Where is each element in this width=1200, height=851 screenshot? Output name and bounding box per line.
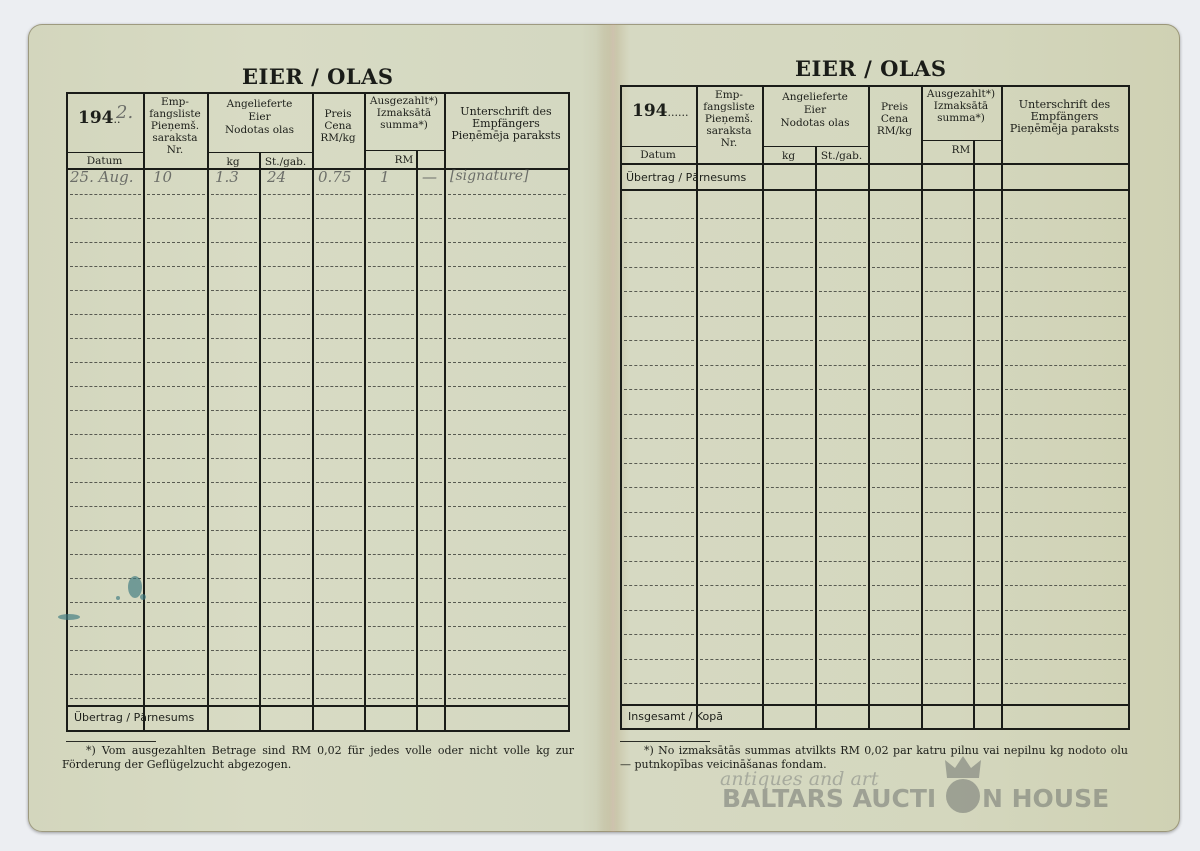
watermark-o-icon [946,779,980,813]
table-row-line [420,458,442,459]
table-row-line [316,434,362,435]
table-row-line [700,267,760,268]
table-row-line [147,410,205,411]
table-row-line [819,267,866,268]
table-row-line [925,414,971,415]
table-row-line [448,434,566,435]
table-row-line [872,291,919,292]
table-row-line [368,410,414,411]
table-row-line [70,650,141,651]
table-row-line [448,362,566,363]
table-row-line [925,487,971,488]
table-row-line [977,512,999,513]
table-row-line [872,487,919,488]
table-row-line [624,659,694,660]
table-row-line [147,530,205,531]
table-row-line [211,506,257,507]
column-divider [921,85,923,728]
table-row-line [624,610,694,611]
carry-row-label: Übertrag / Pārnesums [626,171,746,184]
table-row-line [700,414,760,415]
table-row-line [263,314,310,315]
table-row-line [263,530,310,531]
table-row-line [420,362,442,363]
entry-pieces: 24 [267,168,286,186]
watermark-crown-icon [943,756,983,780]
table-row-line [211,554,257,555]
table-row-line [872,659,919,660]
table-row-line [70,506,141,507]
table-row-line [766,291,813,292]
table-row-line [316,578,362,579]
table-row-line [819,389,866,390]
table-row-line [263,506,310,507]
table-row-line [872,414,919,415]
kg-header: kg [762,150,815,162]
table-row-line [766,438,813,439]
table-row-line [211,218,257,219]
table-row-line [147,506,205,507]
price-header: Preis Cena RM/kg [312,108,364,144]
table-row-line [700,340,760,341]
table-row-line [211,674,257,675]
table-row-line [420,602,442,603]
table-row-line [211,626,257,627]
table-row-line [263,554,310,555]
table-row-line [700,561,760,562]
table-row-line [368,698,414,699]
table-row-line [368,554,414,555]
table-row-line [263,338,310,339]
column-divider [312,92,314,730]
table-row-line [420,482,442,483]
table-row-line [1005,561,1126,562]
table-row-line [766,414,813,415]
table-row-line [70,338,141,339]
table-row-line [420,386,442,387]
table-row-line [211,362,257,363]
watermark-name-right: N HOUSE [982,784,1109,813]
table-row-line [700,242,760,243]
table-row-line [977,316,999,317]
table-row-line [70,314,141,315]
column-divider [973,140,975,728]
table-row-line [700,218,760,219]
ink-stain [116,596,120,600]
list-no-header: Emp- fangsliste Pieņemš. saraksta Nr. [143,96,207,156]
table-row-line [925,634,971,635]
delivered-subheader-rule [207,152,312,153]
table-row-line [420,410,442,411]
table-row-line [316,218,362,219]
page-title: EIER / OLAS [795,56,947,81]
table-row-line [766,389,813,390]
table-row-line [211,386,257,387]
booklet: EIER / OLAS 194..2.DatumEmp- fangsliste … [28,24,1180,832]
table-row-line [316,482,362,483]
table-row-line [211,242,257,243]
table-row-line [977,218,999,219]
entry-date: 25. Aug. [70,168,134,186]
table-bottom-border [620,728,1130,730]
table-row-line [977,267,999,268]
table-row-line [316,410,362,411]
table-row-line [819,218,866,219]
column-divider [143,92,145,730]
table-row-line [766,634,813,635]
table-row-line [420,338,442,339]
table-row-line [925,659,971,660]
table-row-line [263,194,310,195]
table-row-line [925,389,971,390]
table-row-line [368,482,414,483]
table-row-line [70,458,141,459]
table-row-line [872,242,919,243]
table-row-line [368,386,414,387]
table-row-line [316,362,362,363]
table-row-line [819,536,866,537]
table-row-line [766,487,813,488]
page-title: EIER / OLAS [242,64,394,89]
table-right-border [1128,85,1130,730]
table-row-line [700,316,760,317]
table-row-line [420,578,442,579]
table-row-line [1005,585,1126,586]
table-row-line [925,218,971,219]
table-row-line [977,463,999,464]
table-row-line [147,290,205,291]
table-row-line [316,338,362,339]
ink-stain [58,614,80,620]
table-row-line [872,634,919,635]
year-label: 194...... [632,101,688,121]
table-row-line [977,487,999,488]
table-row-line [624,536,694,537]
table-row-line [766,585,813,586]
table-row-line [448,386,566,387]
table-row-line [147,434,205,435]
table-row-line [977,414,999,415]
table-row-line [263,578,310,579]
table-row-line [420,266,442,267]
table-row-line [211,266,257,267]
table-row-line [420,314,442,315]
table-row-line [700,291,760,292]
table-row-line [263,458,310,459]
table-row-line [368,290,414,291]
table-row-line [624,340,694,341]
table-row-line [624,487,694,488]
pieces-header: St./gab. [815,150,868,162]
table-row-line [70,530,141,531]
table-row-line [211,530,257,531]
table-row-line [448,194,566,195]
table-row-line [316,602,362,603]
table-row-line [316,458,362,459]
date-header: Datum [620,149,696,161]
table-row-line [368,650,414,651]
price-header: Preis Cena RM/kg [868,101,921,137]
table-row-line [147,362,205,363]
rm-header: RM [921,144,1001,156]
table-row-line [977,561,999,562]
table-row-line [1005,683,1126,684]
table-row-line [211,650,257,651]
date-subheader-rule [66,152,143,153]
table-row-line [977,683,999,684]
column-divider [364,92,366,730]
table-row-line [70,266,141,267]
table-row-line [147,674,205,675]
table-row-line [819,242,866,243]
pieces-header: St./gab. [259,156,312,168]
paid-header: Ausgezahlt*) Izmaksātā summa*) [364,95,444,131]
table-row-line [316,314,362,315]
table-row-line [70,410,141,411]
table-row-line [624,463,694,464]
table-row-line [872,438,919,439]
table-row-line [819,512,866,513]
column-divider [416,150,418,730]
table-row-line [766,463,813,464]
table-row-line [1005,218,1126,219]
footer-row-rule [620,704,1128,706]
table-row-line [872,316,919,317]
table-row-line [70,434,141,435]
table-row-line [766,316,813,317]
table-row-line [70,554,141,555]
table-row-line [925,291,971,292]
column-divider [1001,85,1003,728]
table-row-line [420,434,442,435]
table-row-line [448,674,566,675]
table-row-line [624,365,694,366]
table-row-line [925,512,971,513]
table-row-line [420,218,442,219]
table-row-line [624,438,694,439]
year-prefix: 194 [632,101,668,121]
table-row-line [977,634,999,635]
table-row-line [624,291,694,292]
table-row-line [872,536,919,537]
table-row-line [263,266,310,267]
table-row-line [624,634,694,635]
table-row-line [211,458,257,459]
right-page: EIER / OLAS 194......DatumEmp- fangslist… [618,24,1180,832]
table-row-line [624,683,694,684]
table-row-line [70,674,141,675]
table-row-line [925,683,971,684]
table-row-line [700,634,760,635]
table-row-line [70,290,141,291]
table-row-line [211,578,257,579]
table-row-line [147,650,205,651]
left-page: EIER / OLAS 194..2.DatumEmp- fangsliste … [28,24,596,832]
table-row-line [263,410,310,411]
column-divider [868,85,870,728]
table-row-line [819,585,866,586]
table-row-line [316,698,362,699]
date-header: Datum [66,155,143,167]
year-handwritten: 2. [116,102,133,123]
table-row-line [448,242,566,243]
table-row-line [1005,365,1126,366]
year-suffix: ...... [668,106,689,119]
table-row-line [316,194,362,195]
table-row-line [147,242,205,243]
table-row-line [819,487,866,488]
table-row-line [872,218,919,219]
table-row-line [70,482,141,483]
table-row-line [420,242,442,243]
table-row-line [316,674,362,675]
entry-list-no: 10 [153,168,172,186]
table-row-line [1005,463,1126,464]
table-row-line [624,512,694,513]
delivered-header: Angelieferte Eier Nodotas olas [207,98,312,137]
table-row-line [1005,438,1126,439]
table-row-line [263,218,310,219]
table-row-line [872,267,919,268]
table-row-line [147,314,205,315]
table-row-line [368,578,414,579]
table-row-line [872,610,919,611]
footnote-de: *) Vom ausgezahlten Betrage sind RM 0,02… [62,744,574,772]
table-row-line [70,698,141,699]
table-row-line [420,650,442,651]
table-row-line [766,218,813,219]
table-row-line [766,610,813,611]
table-row-line [819,414,866,415]
table-row-line [368,626,414,627]
table-row-line [624,585,694,586]
footer-row-label: Übertrag / Pārnesums [74,711,194,724]
table-row-line [211,434,257,435]
paid-subheader-rule [921,140,1001,141]
table-left-border [66,92,68,730]
table-row-line [925,242,971,243]
table-row-line [263,698,310,699]
table-row-line [819,610,866,611]
table-row-line [1005,659,1126,660]
date-subheader-rule [620,146,696,147]
table-row-line [448,530,566,531]
table-row-line [316,506,362,507]
table-row-line [368,218,414,219]
table-row-line [420,554,442,555]
table-row-line [263,242,310,243]
table-row-line [368,506,414,507]
footer-row-rule [66,705,568,707]
paid-subheader-rule [364,150,444,151]
table-row-line [766,536,813,537]
table-row-line [925,536,971,537]
entry-rm: 1 [380,168,390,186]
signature-header: Unterschrift des Empfängers Pieņēmēja pa… [444,106,568,142]
table-row-line [700,463,760,464]
column-divider [815,146,817,728]
table-row-line [766,267,813,268]
table-row-line [766,340,813,341]
table-row-line [925,463,971,464]
table-row-line [263,386,310,387]
table-row-line [819,291,866,292]
table-row-line [263,482,310,483]
table-row-line [819,365,866,366]
table-row-line [147,194,205,195]
table-row-line [263,626,310,627]
column-divider [259,152,261,730]
table-row-line [263,602,310,603]
table-row-line [1005,487,1126,488]
table-row-line [700,683,760,684]
footnote-rule [66,741,156,742]
delivered-header: Angelieferte Eier Nodotas olas [762,91,868,130]
table-row-line [420,626,442,627]
table-row-line [147,386,205,387]
table-row-line [316,554,362,555]
table-row-line [819,561,866,562]
table-row-line [1005,610,1126,611]
table-row-line [147,482,205,483]
table-row-line [819,438,866,439]
table-row-line [368,242,414,243]
table-row-line [147,626,205,627]
table-row-line [872,512,919,513]
table-row-line [872,463,919,464]
table-row-line [872,561,919,562]
list-no-header: Emp- fangsliste Pieņemš. saraksta Nr. [696,89,762,149]
year-prefix: 194 [78,108,114,128]
table-row-line [766,683,813,684]
paid-header: Ausgezahlt*) Izmaksātā summa*) [921,88,1001,124]
table-row-line [766,365,813,366]
table-row-line [70,194,141,195]
rm-header: RM [364,154,444,166]
table-row-line [368,314,414,315]
table-row-line [316,266,362,267]
table-row-line [263,650,310,651]
table-row-line [624,414,694,415]
table-row-line [211,602,257,603]
table-row-line [448,506,566,507]
table-row-line [316,290,362,291]
entry-pf: — [422,168,437,186]
kg-header: kg [207,156,259,168]
entry-price: 0.75 [318,168,351,186]
table-row-line [368,338,414,339]
table-row-line [316,530,362,531]
table-row-line [263,674,310,675]
table-row-line [368,194,414,195]
table-row-line [977,610,999,611]
table-row-line [872,585,919,586]
table-row-line [368,266,414,267]
table-row-line [1005,414,1126,415]
table-row-line [925,561,971,562]
table-row-line [448,410,566,411]
table-row-line [448,458,566,459]
table-row-line [263,362,310,363]
table-row-line [872,389,919,390]
delivered-subheader-rule [762,146,868,147]
table-row-line [819,463,866,464]
table-row-line [368,674,414,675]
table-row-line [977,365,999,366]
carry-row-rule [620,189,1128,191]
table-row-line [211,194,257,195]
table-row-line [872,683,919,684]
